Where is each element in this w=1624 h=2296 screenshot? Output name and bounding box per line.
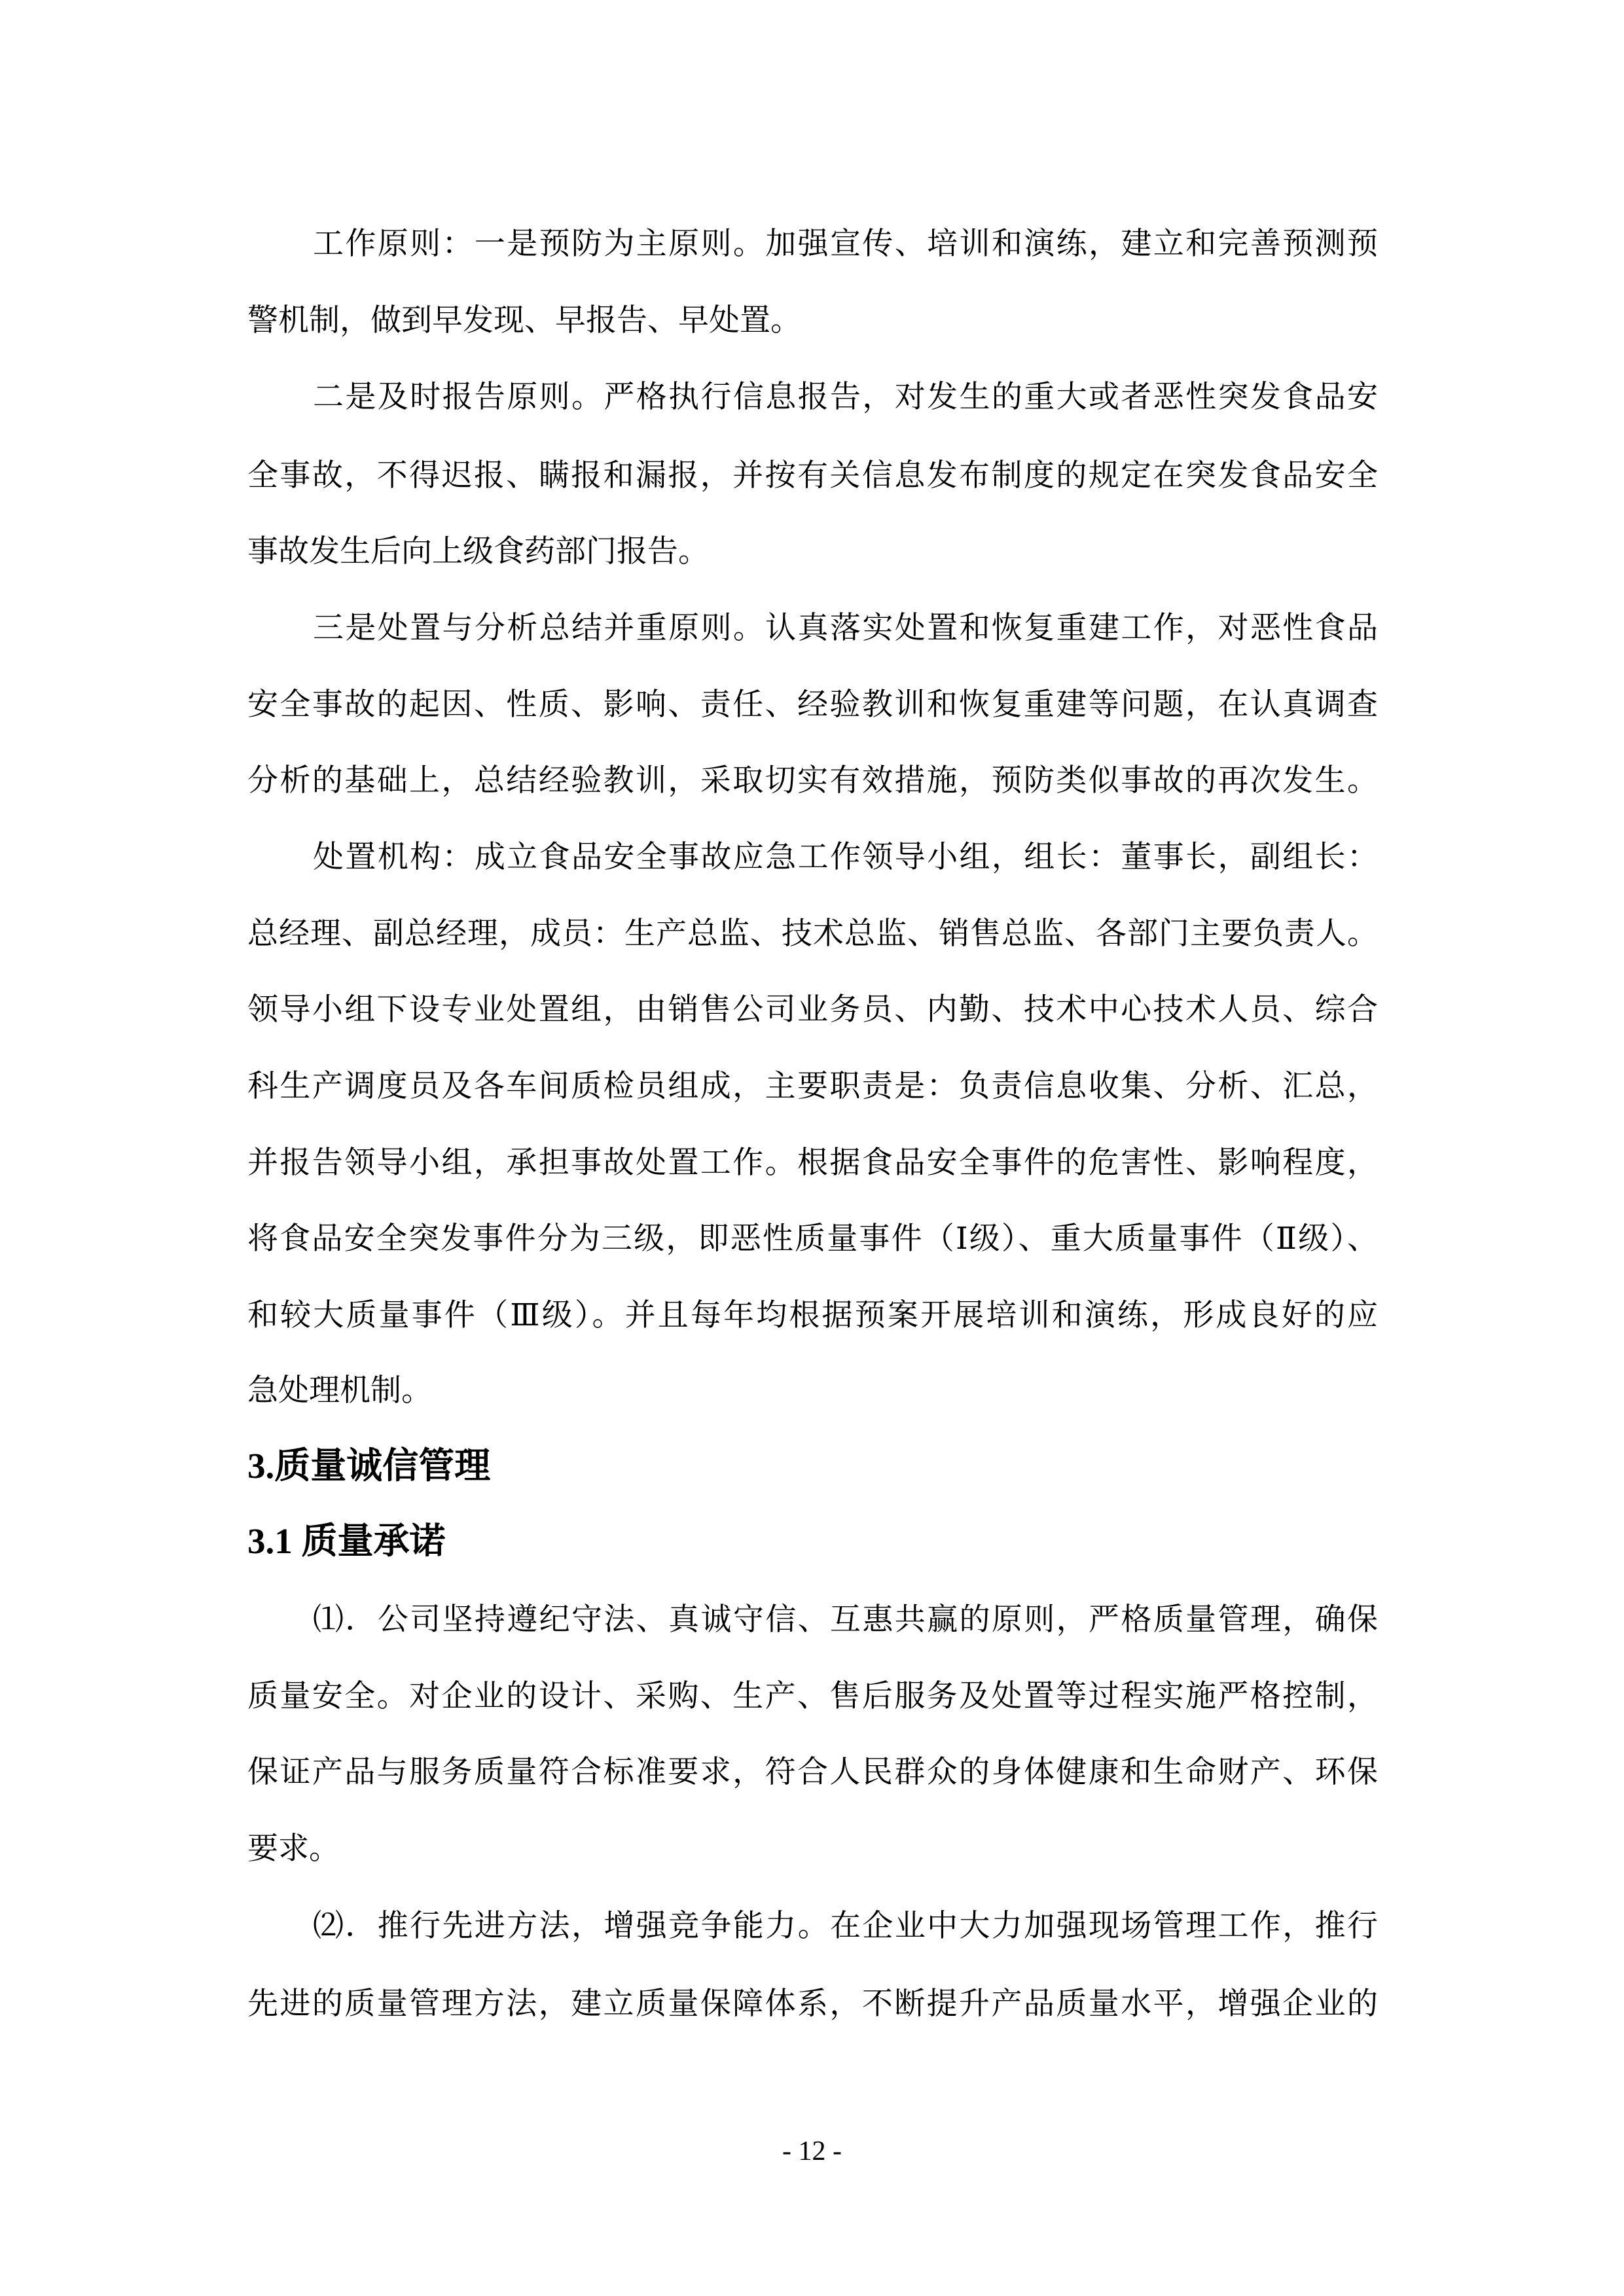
paragraph-line: 事故发生后向上级食药部门报告。 [247,532,1378,571]
subsection-heading: 3.1 质量承诺 [247,1518,446,1564]
commitment-line: 先进的质量管理方法，建立质量保障体系，不断提升产品质量水平，增强企业的 [247,1984,1378,2024]
paragraph-line: 并报告领导小组，承担事故处置工作。根据食品安全事件的危害性、影响程度， [247,1143,1378,1183]
commitment-line: 要求。 [247,1829,1378,1869]
paragraph-line: 急处理机制。 [247,1371,1378,1410]
paragraph-line: 二是及时报告原则。严格执行信息报告，对发生的重大或者恶性突发食品安 [313,378,1378,417]
paragraph-line: 将食品安全突发事件分为三级，即恶性质量事件（Ⅰ级）、重大质量事件（Ⅱ级）、 [247,1219,1378,1259]
paragraph-line: 全事故，不得迟报、瞒报和漏报，并按有关信息发布制度的规定在突发食品安全 [247,456,1378,495]
paragraph-line: 领导小组下设专业处置组，由销售公司业务员、内勤、技术中心技术人员、综合 [247,990,1378,1030]
paragraph-line: 工作原则：一是预防为主原则。加强宣传、培训和演练，建立和完善预测预 [313,224,1378,264]
paragraph-line: 分析的基础上，总结经验教训，采取切实有效措施，预防类似事故的再次发生。 [247,761,1378,800]
paragraph-line: 和较大质量事件（Ⅲ级）。并且每年均根据预案开展培训和演练，形成良好的应 [247,1296,1378,1335]
commitment-line: ⑴．公司坚持遵纪守法、真诚守信、互惠共赢的原则，严格质量管理，确保 [313,1600,1378,1640]
commitment-line: 保证产品与服务质量符合标准要求，符合人民群众的身体健康和生命财产、环保 [247,1753,1378,1792]
document-page: 工作原则：一是预防为主原则。加强宣传、培训和演练，建立和完善预测预 警机制，做到… [0,0,1624,2296]
paragraph-line: 安全事故的起因、性质、影响、责任、经验教训和恢复重建等问题，在认真调查 [247,685,1378,725]
paragraph-line: 科生产调度员及各车间质检员组成，主要职责是：负责信息收集、分析、汇总， [247,1067,1378,1106]
commitment-line: ⑵．推行先进方法，增强竞争能力。在企业中大力加强现场管理工作，推行 [313,1907,1378,1946]
section-heading: 3.质量诚信管理 [247,1443,490,1489]
paragraph-line: 警机制，做到早发现、早报告、早处置。 [247,301,1378,340]
page-number: - 12 - [0,2135,1624,2168]
paragraph-line: 处置机构：成立食品安全事故应急工作领导小组，组长：董事长，副组长： [313,838,1378,877]
paragraph-line: 三是处置与分析总结并重原则。认真落实处置和恢复重建工作，对恶性食品 [313,609,1378,648]
paragraph-line: 总经理、副总经理，成员：生产总监、技术总监、销售总监、各部门主要负责人。 [247,914,1378,954]
commitment-line: 质量安全。对企业的设计、采购、生产、售后服务及处置等过程实施严格控制， [247,1677,1378,1716]
